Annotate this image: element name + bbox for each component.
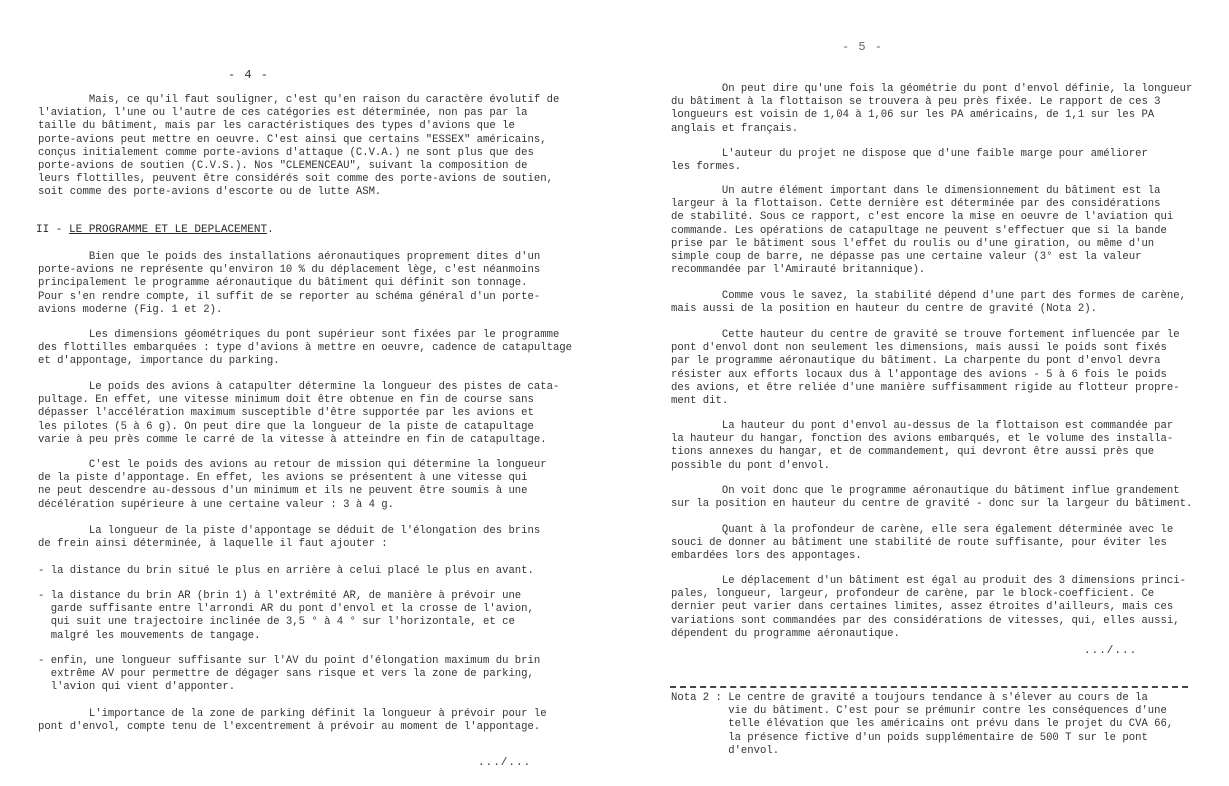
- paragraph: C'est le poids des avions au retour de m…: [38, 459, 547, 512]
- section-number: II -: [36, 224, 69, 236]
- paragraph: Le déplacement d'un bâtiment est égal au…: [671, 575, 1186, 641]
- paragraph: Les dimensions géométriques du pont supé…: [38, 329, 572, 369]
- section-title: LE PROGRAMME ET LE DEPLACEMENT: [69, 224, 267, 236]
- document-page-4: - 4 - Mais, ce qu'il faut souligner, c'e…: [0, 0, 600, 786]
- list-item: - enfin, une longueur suffisante sur l'A…: [38, 655, 540, 695]
- continuation-mark: .../...: [478, 757, 531, 769]
- section-heading: II - LE PROGRAMME ET LE DEPLACEMENT.: [36, 224, 274, 236]
- footnote: Nota 2 : Le centre de gravité a toujours…: [671, 692, 1173, 758]
- page-number: - 5 -: [842, 40, 883, 54]
- paragraph: Mais, ce qu'il faut souligner, c'est qu'…: [38, 94, 559, 200]
- paragraph: On peut dire qu'une fois la géométrie du…: [671, 83, 1192, 136]
- list-item: - la distance du brin AR (brin 1) à l'ex…: [38, 590, 534, 643]
- footnote-divider: [670, 686, 1188, 688]
- paragraph: On voit donc que le programme aéronautiq…: [671, 485, 1192, 511]
- paragraph: La hauteur du pont d'envol au-dessus de …: [671, 420, 1173, 473]
- paragraph: Cette hauteur du centre de gravité se tr…: [671, 329, 1180, 408]
- section-title-end: .: [267, 224, 274, 236]
- paragraph: La longueur de la piste d'appontage se d…: [38, 525, 540, 551]
- list-item: - la distance du brin situé le plus en a…: [38, 565, 534, 578]
- paragraph: L'auteur du projet ne dispose que d'une …: [671, 148, 1148, 174]
- page-number: - 4 -: [228, 68, 269, 82]
- paragraph: Comme vous le savez, la stabilité dépend…: [671, 290, 1186, 316]
- paragraph: L'importance de la zone de parking défin…: [38, 708, 547, 734]
- document-page-5: - 5 - On peut dire qu'une fois la géomét…: [620, 0, 1229, 786]
- paragraph: Quant à la profondeur de carène, elle se…: [671, 524, 1173, 564]
- paragraph: Bien que le poids des installations aéro…: [38, 251, 540, 317]
- paragraph: Le poids des avions à catapulter détermi…: [38, 381, 559, 447]
- paragraph: Un autre élément important dans le dimen…: [671, 185, 1173, 277]
- continuation-mark: .../...: [1084, 645, 1137, 657]
